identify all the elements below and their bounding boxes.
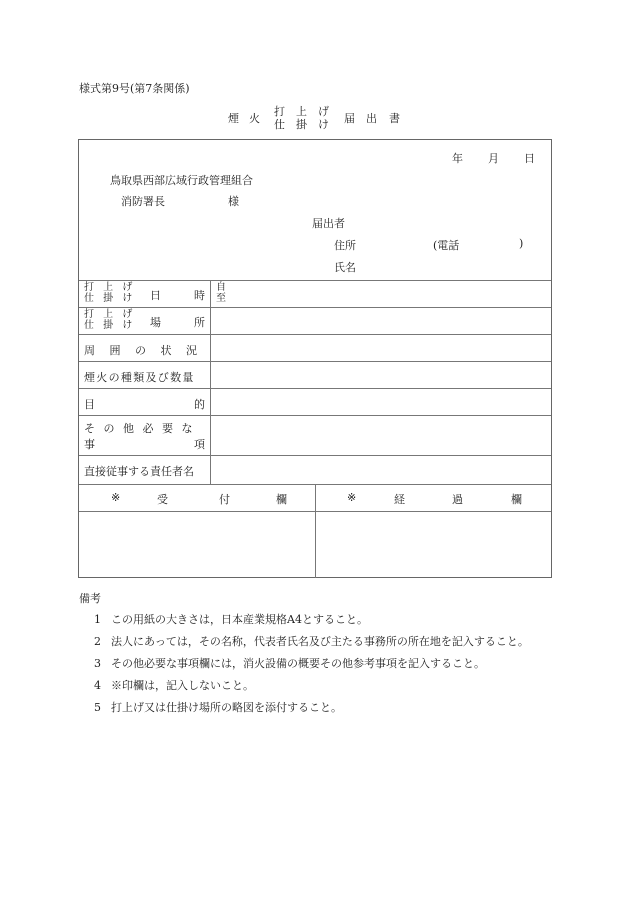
datetime-field[interactable] — [229, 281, 549, 306]
recipient-title: 消防署長 — [121, 193, 165, 209]
note-item: 4※印欄は，記入しないこと。 — [79, 677, 254, 693]
note-text: ※印欄は，記入しないこと。 — [111, 679, 254, 692]
note-text: 打上げ又は仕掛け場所の略図を添付すること。 — [111, 701, 342, 714]
document-title: 煙 火 打 上 げ 仕 掛 け 届 出 書 — [0, 99, 630, 129]
address-label: 住所 — [334, 237, 356, 253]
row-label-char: 時 — [194, 287, 205, 303]
note-number: 5 — [79, 701, 101, 714]
note-item: 2法人にあっては，その名称，代表者氏名及び主たる事務所の所在地を記入すること。 — [79, 633, 529, 649]
note-item: 1この用紙の大きさは，日本産業規格A4とすること。 — [79, 611, 368, 627]
title-char: 出 — [366, 110, 377, 126]
honorific: 様 — [228, 193, 239, 209]
note-item: 3その他必要な事項欄には，消火設備の概要その他参考事項を記入すること。 — [79, 655, 485, 671]
row-label-char: 目 — [84, 396, 95, 412]
note-number: 2 — [79, 635, 101, 648]
note-number: 1 — [79, 613, 101, 626]
row-label-bottom: 仕 掛 け — [84, 320, 135, 331]
name-label: 氏名 — [334, 259, 356, 275]
header-char: 欄 — [276, 491, 287, 507]
from-label: 自 — [216, 282, 226, 293]
note-text: 法人にあっては，その名称，代表者氏名及び主たる事務所の所在地を記入すること。 — [111, 635, 529, 648]
responsible-person-field[interactable] — [212, 456, 550, 483]
row-label-char: 項 — [194, 436, 205, 452]
fireworks-type-field[interactable] — [212, 362, 550, 387]
row-label: 直接従事する責任者名 — [84, 463, 194, 479]
asterisk-mark: ※ — [111, 491, 120, 504]
title-char: 書 — [389, 110, 400, 126]
title-char: け — [318, 116, 329, 132]
header-char: 経 — [394, 491, 405, 507]
note-number: 4 — [79, 679, 101, 692]
row-label-char: 事 — [84, 436, 95, 452]
note-text: その他必要な事項欄には，消火設備の概要その他参考事項を記入すること。 — [111, 657, 485, 670]
title-char: 火 — [249, 110, 260, 126]
row-label-char: 所 — [194, 314, 205, 330]
row-label-top: そ の 他 必 要 な — [84, 420, 195, 436]
title-char: 煙 — [228, 110, 239, 126]
note-item: 5打上げ又は仕掛け場所の略図を添付すること。 — [79, 699, 342, 715]
place-field[interactable] — [212, 308, 550, 333]
row-label-bottom: 仕 掛 け — [84, 293, 135, 304]
title-char: 仕 — [274, 116, 285, 132]
applicant-label: 届出者 — [312, 215, 345, 231]
header-char: 欄 — [511, 491, 522, 507]
note-text: この用紙の大きさは，日本産業規格A4とすること。 — [111, 613, 368, 626]
row-label-char: 日 — [150, 287, 161, 303]
title-char: 届 — [344, 110, 355, 126]
form-table: 年 月 日 鳥取県西部広域行政管理組合 消防署長 様 届出者 住所 (電話 ) … — [78, 139, 552, 578]
row-label-char: 的 — [194, 396, 205, 412]
date-year-label: 年 — [452, 150, 463, 166]
date-month-label: 月 — [488, 150, 499, 166]
reception-area — [79, 512, 314, 577]
header-char: 付 — [219, 491, 230, 507]
form-number: 様式第9号(第7条関係) — [79, 80, 190, 96]
surroundings-field[interactable] — [212, 335, 550, 360]
purpose-field[interactable] — [212, 389, 550, 414]
row-label-top: 打 上 げ — [84, 282, 135, 293]
to-label: 至 — [216, 293, 226, 304]
row-label: 周 囲 の 状 況 — [84, 342, 203, 358]
row-label-char: 場 — [150, 314, 161, 330]
row-label-top: 打 上 げ — [84, 309, 135, 320]
row-label: 煙火の種類及び数量 — [84, 369, 195, 385]
phone-label: (電話 — [433, 237, 459, 253]
title-char: 掛 — [296, 116, 307, 132]
phone-close: ) — [519, 237, 523, 250]
header-char: 過 — [452, 491, 463, 507]
header-char: 受 — [157, 491, 168, 507]
progress-area — [316, 512, 551, 577]
other-matters-field[interactable] — [212, 416, 550, 454]
divider — [210, 280, 211, 484]
asterisk-mark: ※ — [347, 491, 356, 504]
notes-heading: 備考 — [79, 590, 101, 606]
organization-name: 鳥取県西部広域行政管理組合 — [110, 172, 253, 188]
note-number: 3 — [79, 657, 101, 670]
date-day-label: 日 — [524, 150, 535, 166]
